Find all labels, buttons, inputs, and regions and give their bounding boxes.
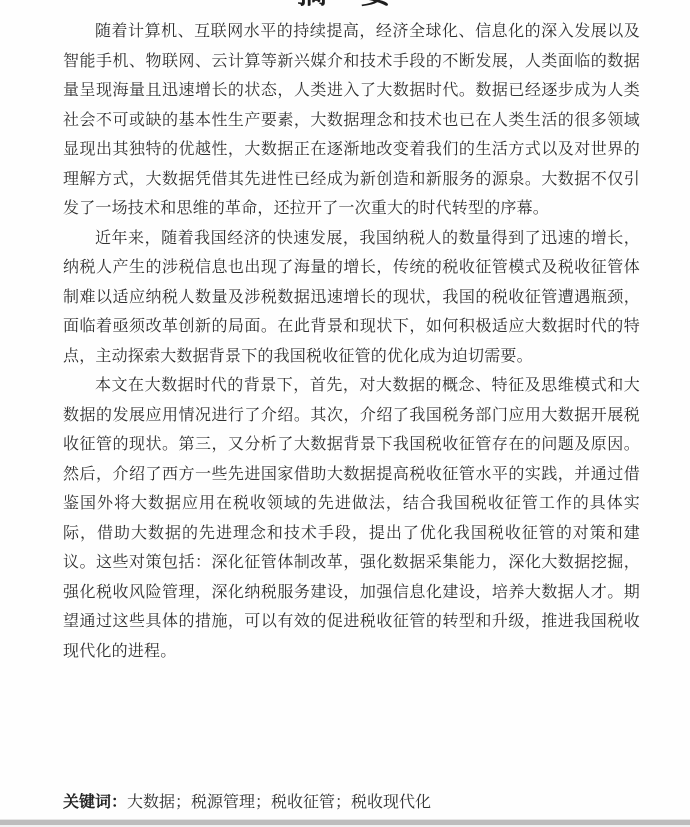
abstract-page: 摘 要 随着计算机、互联网水平的持续提高，经济全球化、信息化的深入发展以及智能手… <box>0 0 690 827</box>
abstract-paragraph-1: 随着计算机、互联网水平的持续提高，经济全球化、信息化的深入发展以及智能手机、物联… <box>63 17 640 224</box>
abstract-paragraph-3: 本文在大数据时代的背景下，首先，对大数据的概念、特征及思维模式和大数据的发展应用… <box>63 371 640 666</box>
abstract-body: 随着计算机、互联网水平的持续提高，经济全球化、信息化的深入发展以及智能手机、物联… <box>63 17 640 666</box>
keywords-value: 大数据；税源管理；税收征管；税收现代化 <box>127 794 431 811</box>
keywords-label: 关键词： <box>63 794 127 811</box>
keywords-line: 关键词：大数据；税源管理；税收征管；税收现代化 <box>63 788 640 818</box>
page-title: 摘 要 <box>0 0 690 9</box>
page-bottom-edge <box>0 819 690 827</box>
abstract-paragraph-2: 近年来，随着我国经济的快速发展，我国纳税人的数量得到了迅速的增长，纳税人产生的涉… <box>63 224 640 372</box>
